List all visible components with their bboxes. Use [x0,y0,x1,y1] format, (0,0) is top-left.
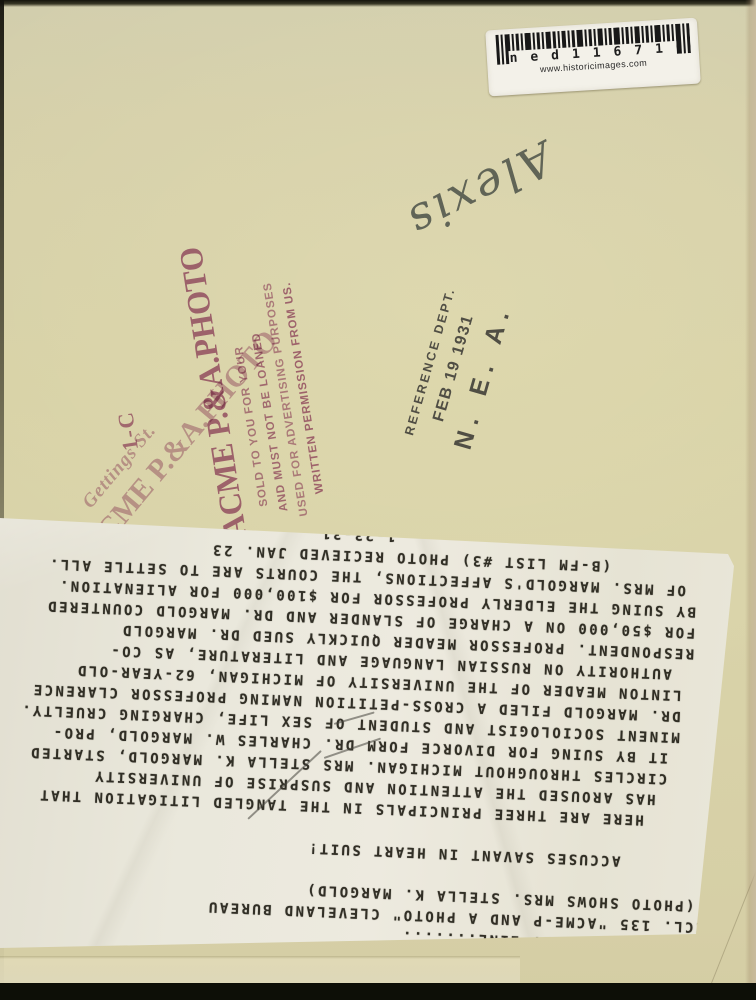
scan-edge-top [0,0,756,7]
barcode-label: ned11671 www.historicimages.com [485,18,701,97]
scan-edge-bottom [0,983,756,1000]
handwritten-name: Alexis [288,94,563,297]
press-photo-back: ACME P.&A.PHOTO SOLD TO YOU FOR YOUR AND… [0,0,756,1000]
scan-edge-right [745,0,756,1000]
caption-paper: WATCH YOUR CREDIT LINE....... CCL. 135 "… [0,510,756,956]
typed-caption: WATCH YOUR CREDIT LINE....... CCL. 135 "… [7,509,732,958]
reference-dept-stamp: REFERENCE DEPT. FEB 19 1931 N. E. A. [394,256,542,488]
filing-mark-1c: 1-C [106,369,144,452]
backing-paper-edge [0,956,520,983]
